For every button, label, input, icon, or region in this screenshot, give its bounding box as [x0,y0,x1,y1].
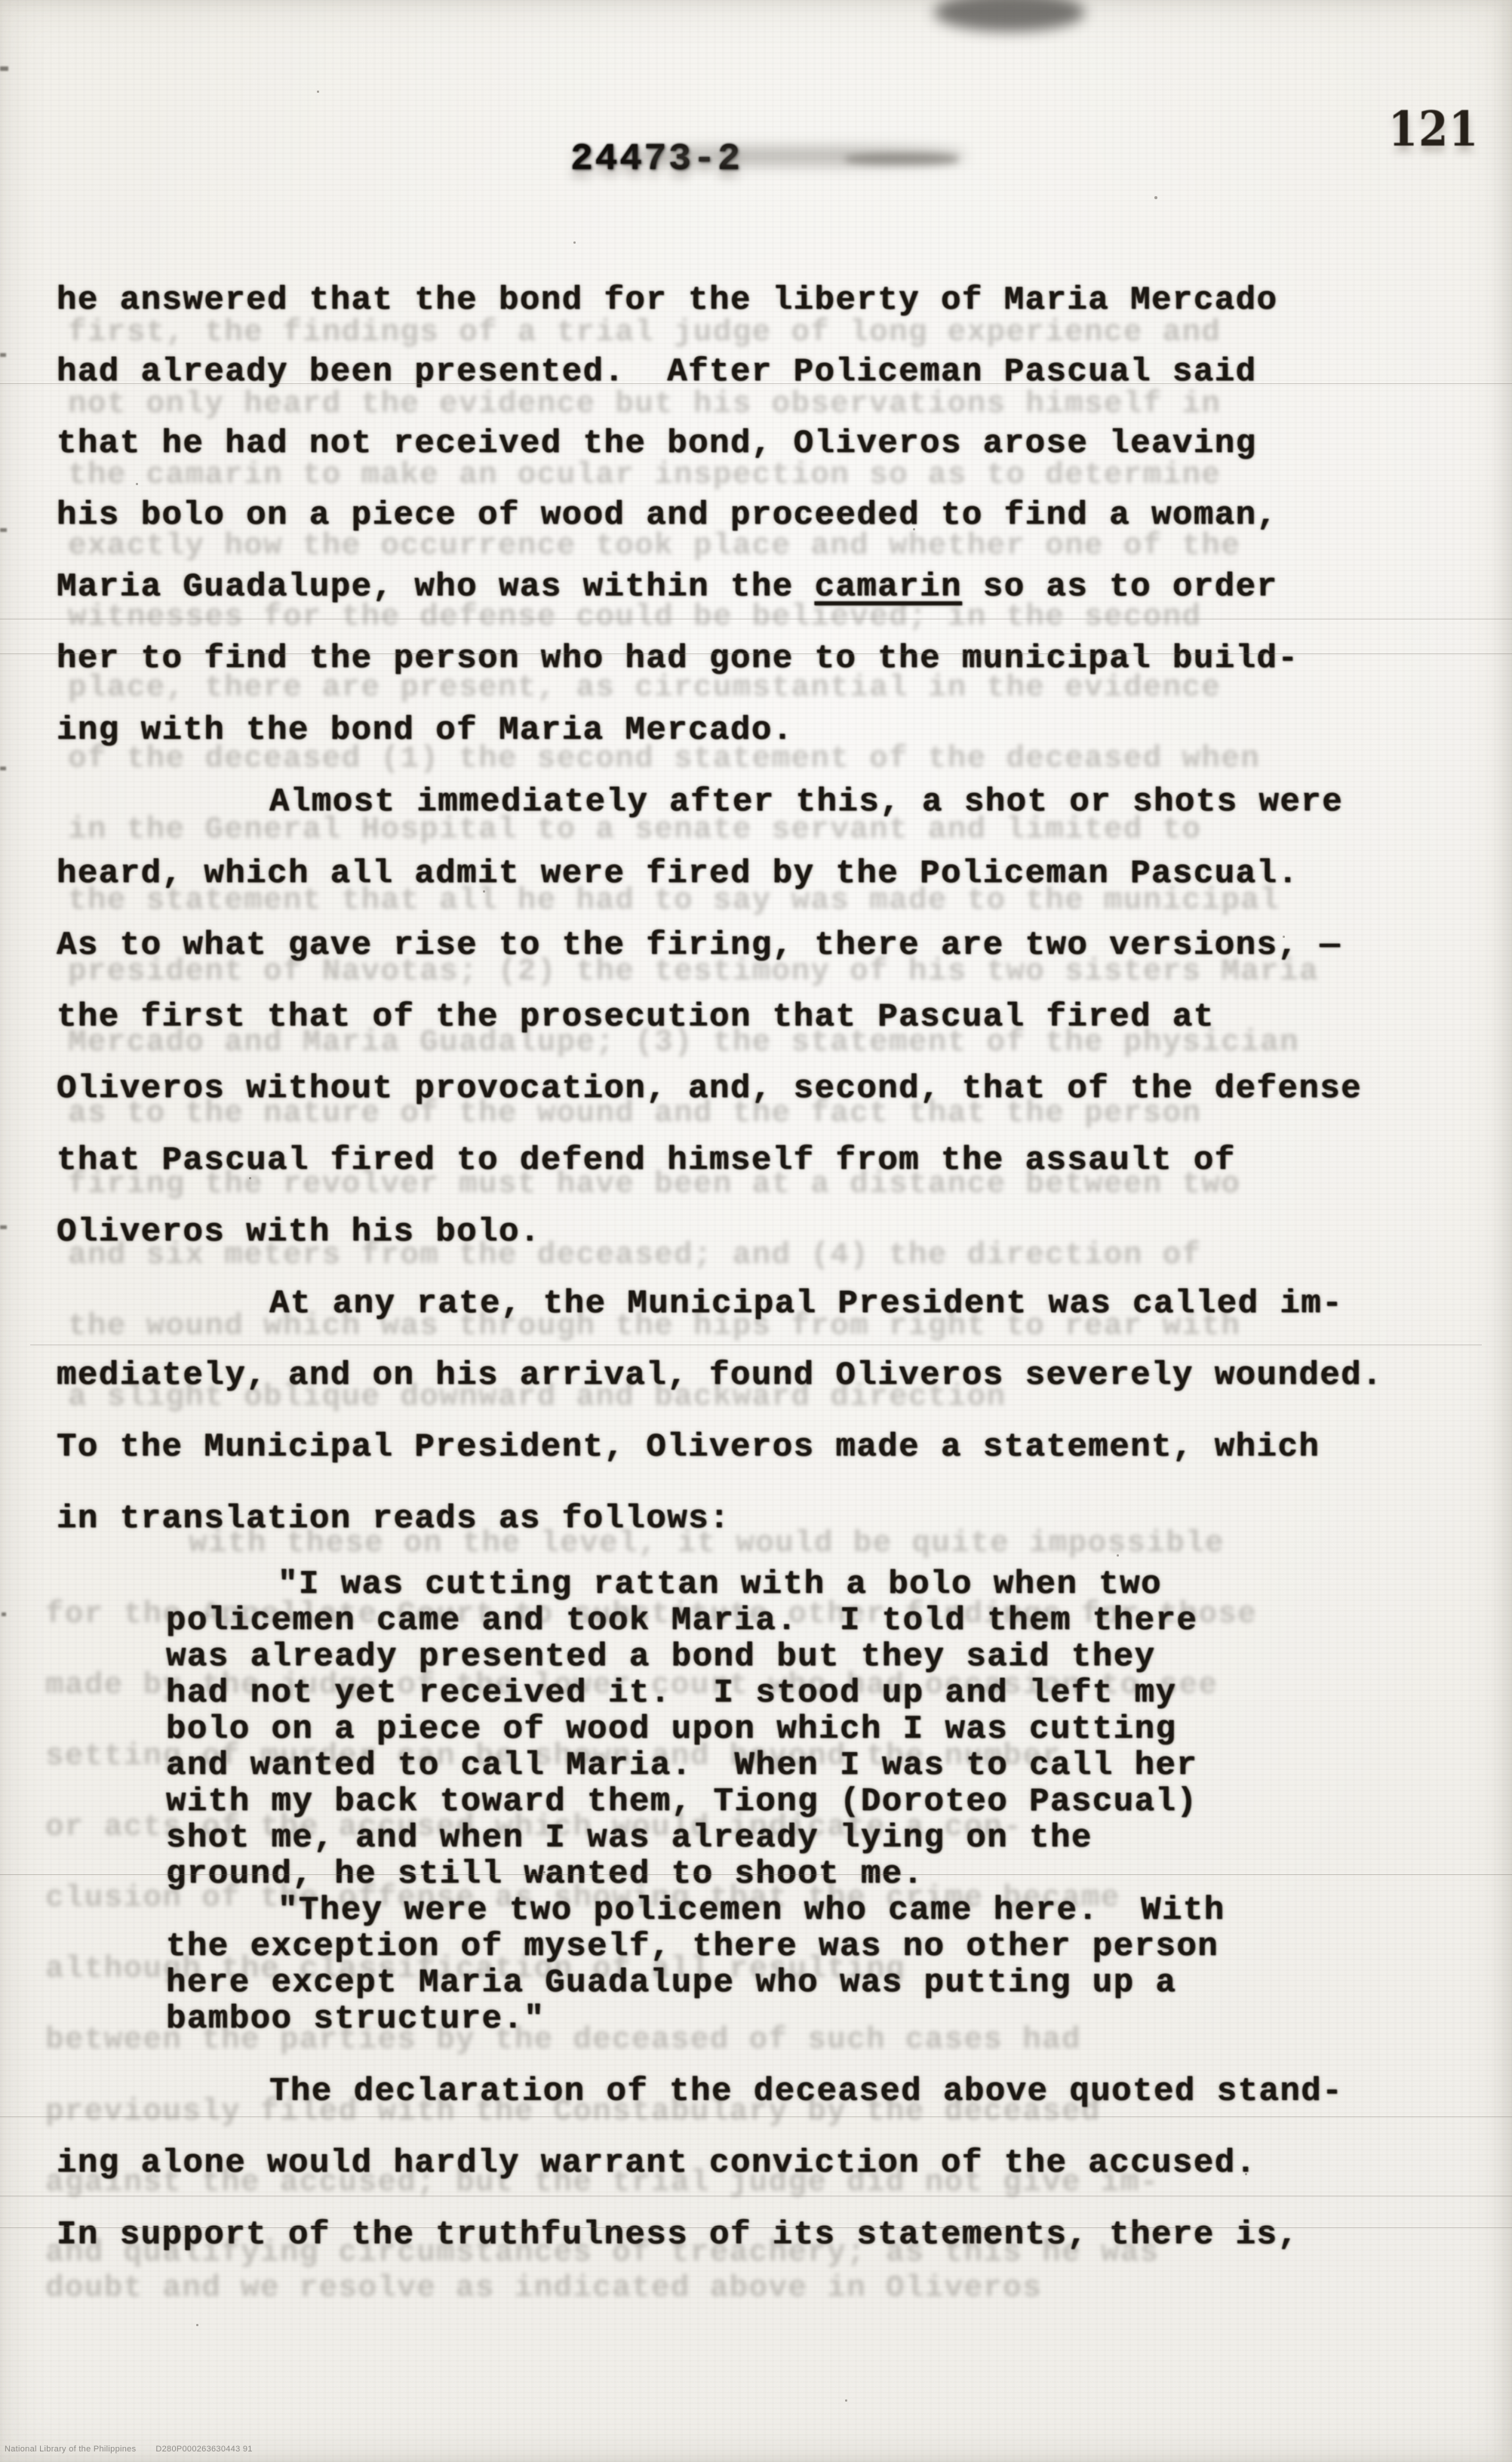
text-segment: To the Municipal President, Oliveros mad… [57,1428,1320,1466]
ink-speck [483,890,485,893]
ink-speck [249,1177,251,1179]
text-segment: policemen came and took Maria. I told th… [166,1602,1197,1640]
edge-mark [0,528,7,532]
text-line: Almost immediately after this, a shot or… [57,767,1362,838]
ink-speck [543,1871,545,1873]
text-segment: the exception of myself, there was no ot… [166,1928,1219,1966]
text-line: ing alone would hardly warrant convictio… [57,2128,1343,2199]
paragraph-4: The declaration of the deceased above qu… [57,2056,1343,2271]
text-segment: he answered that the bond for the libert… [57,281,1277,319]
text-segment: Maria Guadalupe, who was within the [57,568,815,606]
edge-mark [0,66,8,71]
text-segment: "They were two policemen who came here. … [278,1892,1225,1929]
text-line: his bolo on a piece of wood and proceede… [57,480,1298,552]
ink-speck [1154,196,1157,199]
text-line: in translation reads as follows: [57,1483,1383,1555]
ink-speck [1283,936,1285,938]
typed-text-layer: he answered that the bond for the libert… [0,0,1512,2462]
text-line: ground, he still wanted to shoot me. [166,1856,1225,1892]
text-segment: had already been presented. After Police… [57,353,1257,391]
text-line: the exception of myself, there was no ot… [166,1929,1225,1965]
text-segment: bolo on a piece of wood upon which I was… [166,1710,1176,1748]
text-line: bamboo structure." [166,2001,1225,2037]
text-line: shot me, and when I was already lying on… [166,1820,1225,1856]
ink-speck [196,2324,198,2326]
ink-speck [1117,1554,1119,1557]
text-line: policemen came and took Maria. I told th… [166,1603,1225,1639]
text-segment: that he had not received the bond, Olive… [57,425,1257,463]
text-segment: ing alone would hardly warrant convictio… [57,2144,1257,2182]
underlined-word: camarin [815,568,962,606]
text-segment: was already presented a bond but they sa… [166,1638,1156,1676]
paragraph-2: Almost immediately after this, a shot or… [57,767,1362,1268]
text-line: heard, which all admit were fired by the… [57,838,1362,910]
text-segment: with my back toward them, Tiong (Doroteo… [166,1783,1197,1821]
text-segment: ing with the bond of Maria Mercado. [57,712,794,749]
text-segment: Oliveros with his bolo. [57,1213,541,1251]
text-line: and wanted to call Maria. When I was to … [166,1747,1225,1784]
text-line: had already been presented. After Police… [57,337,1298,408]
text-segment: "I was cutting rattan with a bolo when t… [278,1566,1162,1603]
text-line: As to what gave rise to the firing, ther… [57,910,1362,982]
text-line: "They were two policemen who came here. … [166,1892,1225,1929]
text-line: Maria Guadalupe, who was within the cama… [57,552,1298,623]
ink-speck [845,2399,847,2402]
archive-code: D280P000263630443 91 [155,2445,252,2454]
text-line: "I was cutting rattan with a bolo when t… [166,1566,1225,1603]
text-segment: her to find the person who had gone to t… [57,640,1298,678]
text-line: At any rate, the Municipal President was… [57,1268,1383,1340]
text-segment: heard, which all admit were fired by the… [57,855,1298,893]
text-line: To the Municipal President, Oliveros mad… [57,1412,1383,1483]
quoted-statement: "I was cutting rattan with a bolo when t… [166,1566,1225,2037]
text-line: was already presented a bond but they sa… [166,1639,1225,1675]
text-line: that he had not received the bond, Olive… [57,408,1298,480]
text-segment: At any rate, the Municipal President was… [269,1285,1343,1323]
text-segment: in translation reads as follows: [57,1500,730,1538]
ink-speck [573,241,576,244]
ink-speck [136,483,138,485]
text-line: bolo on a piece of wood upon which I was… [166,1711,1225,1747]
text-line: ing with the bond of Maria Mercado. [57,695,1298,767]
text-line: that Pascual fired to defend himself fro… [57,1125,1362,1197]
text-segment: had not yet received it. I stood up and … [166,1674,1176,1712]
archive-footer: National Library of the PhilippinesD280P… [5,2445,272,2454]
text-line: with my back toward them, Tiong (Doroteo… [166,1784,1225,1820]
text-line: In support of the truthfulness of its st… [57,2199,1343,2271]
text-line: mediately, and on his arrival, found Oli… [57,1340,1383,1412]
text-segment: his bolo on a piece of wood and proceede… [57,496,1277,534]
ink-speck [913,528,915,530]
text-line: he answered that the bond for the libert… [57,265,1298,337]
text-line: The declaration of the deceased above qu… [57,2056,1343,2128]
text-segment: that Pascual fired to defend himself fro… [57,1142,1236,1179]
text-segment: so as to order [962,568,1278,606]
text-line: had not yet received it. I stood up and … [166,1675,1225,1711]
text-segment: shot me, and when I was already lying on… [166,1819,1093,1857]
paragraph-1: he answered that the bond for the libert… [57,265,1298,767]
text-segment: As to what gave rise to the firing, ther… [57,927,1341,964]
paragraph-3: At any rate, the Municipal President was… [57,1268,1383,1555]
ink-speck [739,1298,742,1301]
text-segment: the first that of the prosecution that P… [57,998,1215,1036]
text-segment: here except Maria Guadalupe who was putt… [166,1964,1176,2002]
ink-speck [1245,2173,1247,2175]
text-segment: Almost immediately after this, a shot or… [269,783,1343,821]
text-line: Oliveros without provocation, and, secon… [57,1053,1362,1125]
text-line: Oliveros with his bolo. [57,1197,1362,1268]
ink-speck [317,91,319,93]
text-segment: and wanted to call Maria. When I was to … [166,1747,1197,1784]
archive-library-label: National Library of the Philippines [5,2445,136,2454]
edge-mark [0,1225,7,1229]
text-segment: The declaration of the deceased above qu… [269,2073,1343,2110]
text-line: here except Maria Guadalupe who was putt… [166,1965,1225,2001]
edge-mark [0,767,6,770]
text-segment: mediately, and on his arrival, found Oli… [57,1357,1383,1394]
text-line: her to find the person who had gone to t… [57,623,1298,695]
text-segment: bamboo structure." [166,2000,545,2038]
text-line: the first that of the prosecution that P… [57,982,1362,1053]
edge-mark [0,353,6,357]
text-segment: Oliveros without provocation, and, secon… [57,1070,1362,1108]
text-segment: In support of the truthfulness of its st… [57,2216,1298,2254]
edge-mark [2,1612,6,1616]
text-segment: ground, he still wanted to shoot me. [166,1855,924,1893]
scanned-document-page: 121 24473-2 first, the findings of a tri… [0,0,1512,2462]
